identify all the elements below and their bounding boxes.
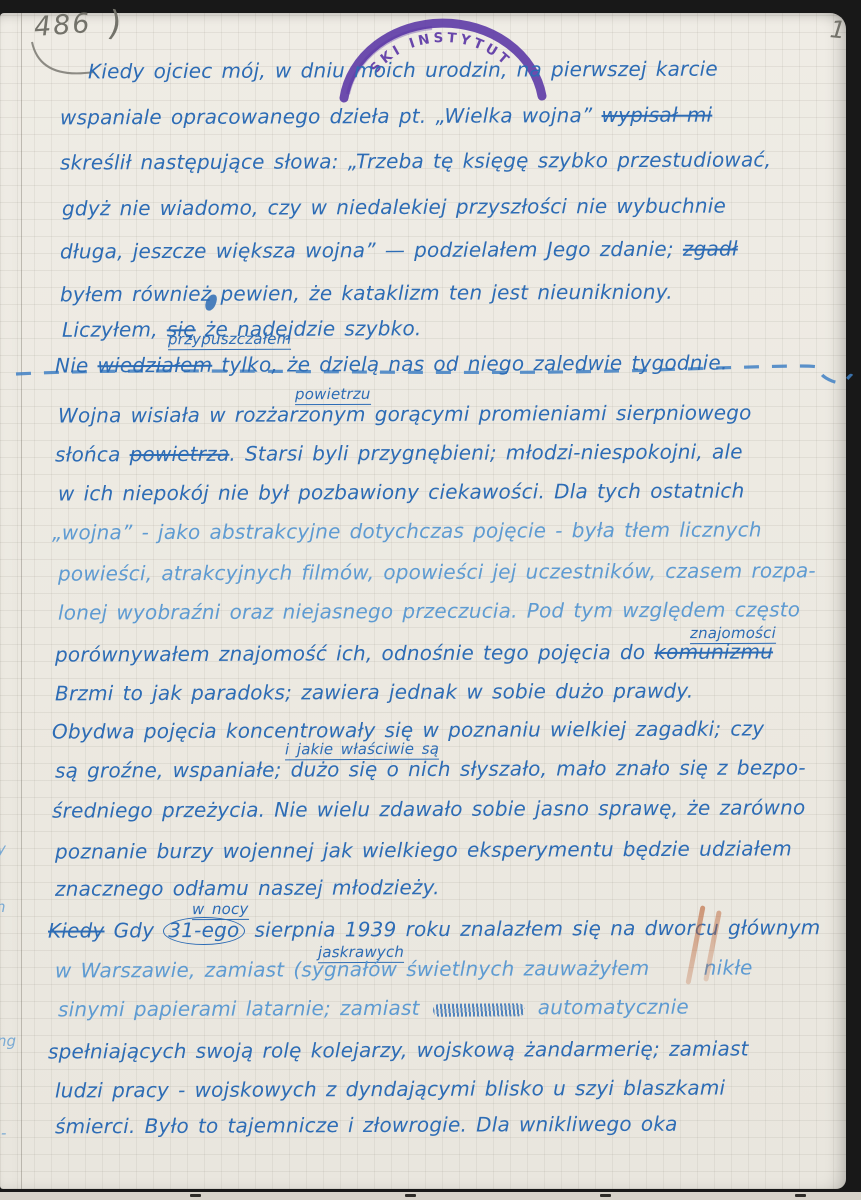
- manuscript-line: średniego przeżycia. Nie wielu zdawało s…: [52, 795, 806, 822]
- manuscript-line: znacznego odłamu naszej młodzieży.: [55, 875, 440, 901]
- handwritten-text: powieści, atrakcyjnych filmów, opowieści…: [58, 558, 816, 585]
- manuscript-line: powieści, atrakcyjnych filmów, opowieści…: [58, 558, 816, 585]
- next-page-text-mark: [600, 1194, 611, 1197]
- manuscript-line: sinymi papierami latarnie; zamiast autom…: [58, 995, 689, 1022]
- inserted-word: i jakie właściwie są: [285, 740, 439, 759]
- page-number-pencil: 1: [829, 15, 849, 45]
- margin-ink-fragment: -: [1, 1124, 6, 1142]
- next-page-text-mark: [190, 1194, 201, 1197]
- handwritten-text: . Starsi byli przygnębieni; młodzi-niesp…: [229, 439, 742, 465]
- next-page-sliver: [0, 1192, 861, 1200]
- handwritten-text: poznanie burzy wojennej jak wielkiego ek…: [55, 836, 792, 863]
- manuscript-line: spełniających swoją rolę kolejarzy, wojs…: [48, 1036, 749, 1063]
- handwritten-text: Gdy: [104, 918, 163, 942]
- handwritten-text: w ich niepokój nie był pozbawiony ciekaw…: [58, 479, 745, 506]
- handwritten-text: byłem również pewien, że kataklizm ten j…: [60, 280, 673, 307]
- handwritten-text: lonej wyobraźni oraz niejasnego przeczuc…: [58, 597, 800, 624]
- handwritten-text: Nie: [55, 353, 98, 377]
- page-fold-line: [21, 13, 22, 1189]
- manuscript-line: wspaniale opracowanego dzieła pt. „Wielk…: [60, 103, 712, 130]
- handwritten-text: Kiedy ojciec mój, w dniu moich urodzin, …: [88, 57, 718, 84]
- manuscript-line: lonej wyobraźni oraz niejasnego przeczuc…: [58, 597, 800, 624]
- handwritten-text: Wojna wisiała w rozżarzonym gorącymi pro…: [58, 400, 752, 427]
- handwritten-text: słońca: [55, 442, 130, 466]
- next-page-text-mark: [795, 1194, 806, 1197]
- manuscript-line: Nie wiedziałem tylko, że dzielą nas od n…: [55, 351, 728, 378]
- margin-ink-fragment: y: [0, 840, 6, 858]
- manuscript-line: porównywałem znajomość ich, odnośnie teg…: [55, 639, 773, 666]
- handwritten-text: ludzi pracy - wojskowych z dyndającymi b…: [55, 1076, 725, 1103]
- manuscript-line: słońca powietrza. Starsi byli przygnębie…: [55, 439, 743, 466]
- inserted-word: przypuszczałem: [168, 330, 291, 349]
- handwritten-text: automatycznie: [529, 995, 689, 1020]
- archive-number-pencil: 486: [33, 8, 93, 43]
- handwritten-text: Liczyłem,: [62, 317, 167, 341]
- manuscript-line: w Warszawie, zamiast (sygnałów świetlnyc…: [55, 955, 753, 982]
- handwritten-text: „wojna” - jako abstrakcyjne dotychczas p…: [52, 517, 762, 544]
- inserted-word: w nocy: [192, 900, 249, 918]
- manuscript-line: Kiedy Gdy 31-ego sierpnia 1939 roku znal…: [48, 915, 821, 942]
- handwritten-text: śmierci. Było to tajemnicze i złowrogie.…: [55, 1112, 678, 1139]
- manuscript-line: byłem również pewien, że kataklizm ten j…: [60, 280, 673, 307]
- handwritten-text: średniego przeżycia. Nie wielu zdawało s…: [52, 795, 806, 822]
- manuscript-line: Kiedy ojciec mój, w dniu moich urodzin, …: [88, 57, 718, 84]
- manuscript-line: ludzi pracy - wojskowych z dyndającymi b…: [55, 1076, 725, 1103]
- handwritten-text: przypuszczałem: [168, 330, 292, 351]
- handwritten-text: w Warszawie, zamiast (sygnałów świetlnyc…: [55, 956, 650, 983]
- scanned-page: 486 ) 1 SKI INSTYTUT Kiedy ojciec mój, w…: [0, 0, 861, 1200]
- struck-text: powietrza: [130, 442, 230, 466]
- margin-ink-fragment: n: [0, 898, 6, 916]
- handwritten-text: znacznego odłamu naszej młodzieży.: [55, 875, 440, 901]
- manuscript-line: w ich niepokój nie był pozbawiony ciekaw…: [58, 479, 745, 506]
- handwritten-text: Brzmi to jak paradoks; zawiera jednak w …: [55, 679, 694, 706]
- manuscript-line: skreślił następujące słowa: „Trzeba tę k…: [60, 147, 771, 174]
- manuscript-line: są groźne, wspaniałe; dużo się o nich sł…: [55, 755, 806, 782]
- manuscript-line: „wojna” - jako abstrakcyjne dotychczas p…: [52, 517, 762, 544]
- handwritten-text: wspaniale opracowanego dzieła pt. „Wielk…: [60, 103, 602, 129]
- struck-text: wiedziałem: [97, 353, 212, 378]
- handwritten-text: [649, 956, 703, 980]
- handwritten-text: porównywałem znajomość ich, odnośnie teg…: [55, 640, 654, 667]
- struck-text: zgadł: [683, 237, 738, 261]
- handwritten-text: są groźne, wspaniałe; dużo się o nich sł…: [55, 755, 806, 782]
- next-page-text-mark: [405, 1194, 416, 1197]
- manuscript-line: gdyż nie wiadomo, czy w niedalekiej przy…: [62, 194, 726, 221]
- handwritten-text: sinymi papierami latarnie; zamiast: [58, 996, 429, 1022]
- struck-text: Kiedy: [48, 918, 105, 942]
- manuscript-line: śmierci. Było to tajemnicze i złowrogie.…: [55, 1112, 678, 1139]
- manuscript-line: Wojna wisiała w rozżarzonym gorącymi pro…: [58, 400, 752, 427]
- inserted-word: powietrzu: [295, 385, 371, 403]
- handwritten-text: tylko, że dzielą nas od niego zaledwie t…: [212, 351, 727, 377]
- handwritten-text: skreślił następujące słowa: „Trzeba tę k…: [60, 147, 771, 174]
- handwritten-text: gdyż nie wiadomo, czy w niedalekiej przy…: [62, 194, 726, 221]
- scribbled-out-word: [433, 1003, 525, 1016]
- handwritten-text: sierpnia 1939 roku znalazłem się na dwor…: [245, 915, 820, 942]
- handwritten-text: długa, jeszcze większa wojna” — podziela…: [60, 237, 683, 264]
- handwritten-text: spełniających swoją rolę kolejarzy, wojs…: [48, 1036, 749, 1063]
- margin-ink-fragment: ng: [0, 1032, 16, 1050]
- struck-text: wypisał mi: [601, 103, 712, 127]
- manuscript-line: długa, jeszcze większa wojna” — podziela…: [60, 237, 738, 264]
- manuscript-line: Brzmi to jak paradoks; zawiera jednak w …: [55, 679, 694, 706]
- circled-text: 31-ego: [163, 917, 245, 945]
- manuscript-line: poznanie burzy wojennej jak wielkiego ek…: [55, 836, 792, 863]
- struck-text: komunizmu: [654, 639, 773, 664]
